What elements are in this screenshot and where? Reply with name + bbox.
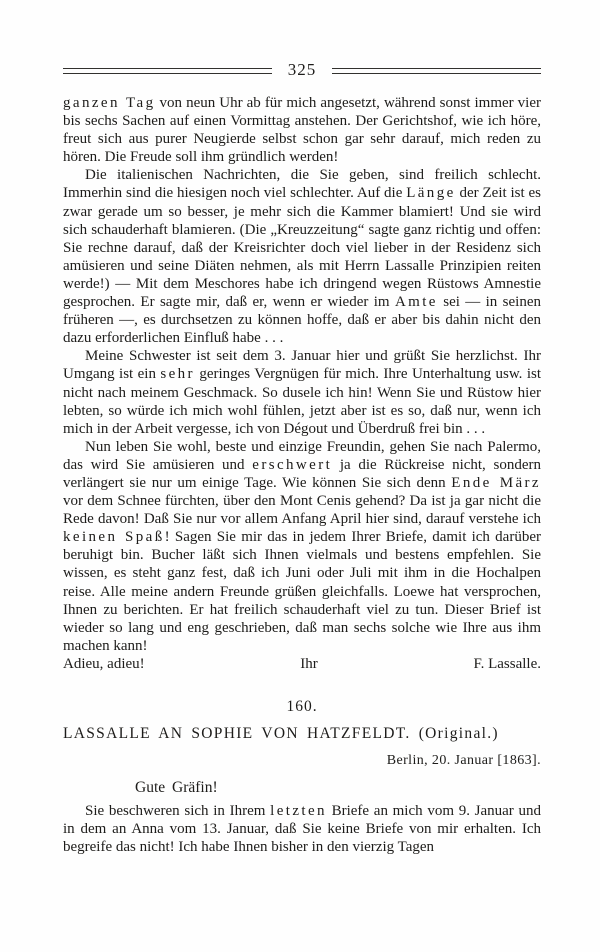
letter-160: 160. LASSALLE AN SOPHIE VON HATZFELDT. (… [63, 698, 541, 856]
page-header: 325 [63, 62, 541, 79]
text-segment: Ende März [451, 475, 541, 491]
letter-number: 160. [63, 698, 541, 716]
text-segment: Länge [406, 185, 455, 201]
paragraph: Nun leben Sie wohl, beste und einzige Fr… [63, 438, 541, 655]
page-number: 325 [280, 61, 325, 78]
letter-159-body: ganzen Tag von neun Uhr ab für mich ange… [63, 94, 541, 673]
signature-name: F. Lassalle. [473, 655, 541, 673]
signature-farewell: Adieu, adieu! [63, 655, 145, 673]
paragraph: Meine Schwester ist seit dem 3. Januar h… [63, 347, 541, 437]
text-segment: ganzen Tag [63, 95, 156, 111]
text-segment: der Zeit ist es zwar gerade um so besser… [63, 185, 541, 310]
header-rule-left [63, 68, 272, 74]
text-segment: Sie beschweren sich in Ihrem [85, 803, 270, 819]
text-segment: ! Sagen Sie mir das in jedem Ihrer Brief… [63, 529, 541, 654]
letter-salutation: Gute Gräfin! [63, 779, 541, 797]
header-rule-right [332, 68, 541, 74]
text-segment: keinen Spaß [63, 529, 165, 545]
paragraph: Die italienischen Nachrichten, die Sie g… [63, 166, 541, 347]
signature-row: Adieu, adieu! Ihr F. Lassalle. [63, 655, 541, 673]
text-segment: Amte [395, 294, 438, 310]
paragraph: Sie beschweren sich in Ihrem letzten Bri… [63, 802, 541, 856]
book-page: 325 ganzen Tag von neun Uhr ab für mich … [0, 0, 600, 952]
letter-dateline: Berlin, 20. Januar [1863]. [63, 753, 541, 769]
paragraph-continuation: ganzen Tag von neun Uhr ab für mich ange… [63, 94, 541, 166]
signature-closing: Ihr [300, 655, 318, 673]
text-segment: sehr [160, 366, 195, 382]
text-segment: erschwert [252, 457, 332, 473]
text-segment: vor dem Schnee fürchten, über den Mont C… [63, 493, 541, 527]
letter-heading: LASSALLE AN SOPHIE VON HATZFELDT. (Origi… [63, 725, 541, 743]
text-segment: letzten [270, 803, 327, 819]
